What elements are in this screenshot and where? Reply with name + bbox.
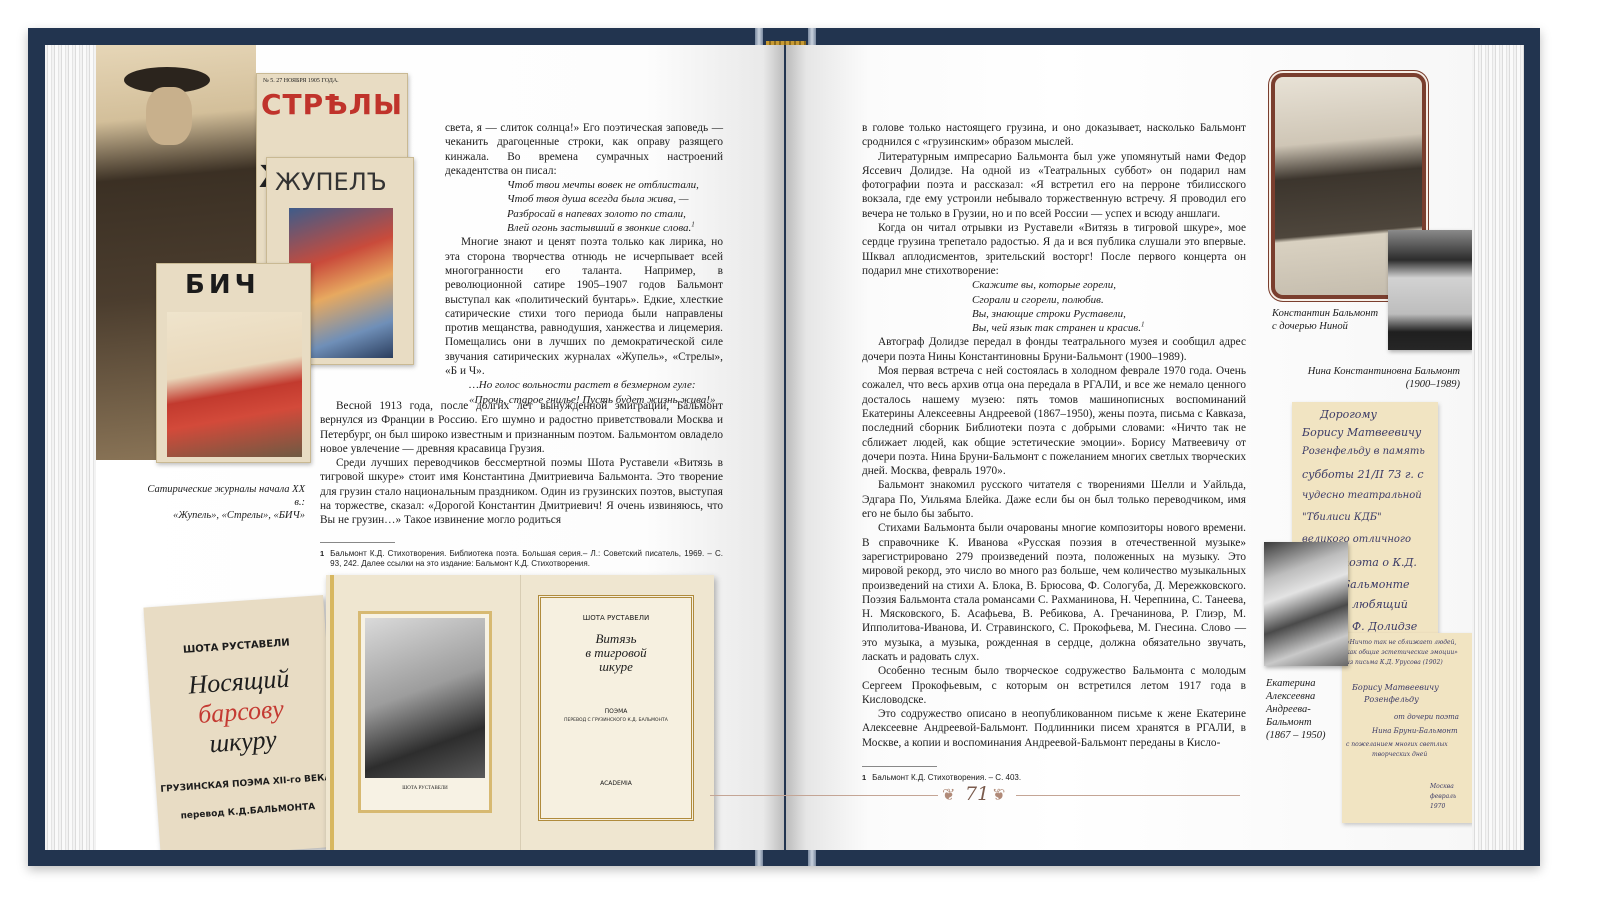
dedication-letter-nina: «Ничто так не сближает людей, как общие … bbox=[1342, 633, 1472, 823]
paragraph: Это содружество описано в неопубликованн… bbox=[862, 707, 1246, 750]
letter-line: Москва bbox=[1430, 783, 1454, 790]
caption-line: Бальмонт bbox=[1266, 716, 1326, 729]
letter-line: творческих дней bbox=[1372, 751, 1427, 758]
letter-line: от дочери поэта bbox=[1394, 713, 1459, 721]
letter-line: как общие эстетические эмоции» bbox=[1346, 649, 1458, 656]
photo-nina-balmont bbox=[1388, 230, 1472, 350]
letter-line: "Тбилиси КДБ" bbox=[1302, 512, 1382, 523]
footnote-number: 1 bbox=[320, 549, 324, 570]
footnote: 1 Бальмонт К.Д. Стихотворения. – С. 403. bbox=[862, 773, 1246, 784]
letter-line: Бальмонте bbox=[1342, 578, 1410, 591]
page-number: 71 bbox=[965, 783, 989, 805]
poem-line: Сгорали и сгорели, полюбив. bbox=[972, 293, 1246, 307]
caption-line: (1900–1989) bbox=[1286, 378, 1460, 391]
page-number-footer: ❦ 71 ❦ bbox=[710, 791, 1240, 801]
book-gutter bbox=[520, 575, 521, 850]
book-title: Носящий барсову шкуру bbox=[148, 661, 334, 763]
poem-line: Чтоб твоя душа всегда была жива, — bbox=[507, 192, 723, 206]
page-edges-left bbox=[45, 45, 97, 850]
book-spine-edge bbox=[330, 575, 334, 850]
caption-line: Екатерина bbox=[1266, 677, 1326, 690]
letter-line: любящий bbox=[1352, 598, 1408, 611]
right-text-column: в голове только настоящего грузина, и он… bbox=[862, 121, 1246, 784]
left-text-lower: Весной 1913 года, после долгих лет вынуж… bbox=[320, 399, 723, 570]
poem-line: …Но голос вольности растет в безмерном г… bbox=[469, 378, 723, 392]
title-page-title: Витязь в тигровой шкуре bbox=[541, 632, 691, 674]
letter-line: Розенфельду bbox=[1364, 695, 1419, 704]
letter-line: Ф. Долидзе bbox=[1352, 620, 1417, 633]
poem-line: Вы, знающие строки Руставели, bbox=[972, 307, 1246, 321]
letter-line: Розенфельду в память bbox=[1302, 446, 1425, 457]
title-page-author: ШОТА РУСТАВЕЛИ bbox=[541, 614, 691, 622]
title-page-publisher: ACADEMIA bbox=[541, 780, 691, 787]
caption-line: Сатирические журналы начала XX в.: bbox=[140, 483, 305, 509]
poem-block-right: Скажите вы, которые горели, Сгорали и сг… bbox=[862, 278, 1246, 335]
paragraph: Моя первая встреча с ней состоялась в хо… bbox=[862, 364, 1246, 478]
paragraph: Среди лучших переводчиков бессмертной по… bbox=[320, 456, 723, 527]
poem-line: Чтоб твои мечты вовек не отблистали, bbox=[507, 178, 723, 192]
footnote-mark: 1 bbox=[691, 220, 695, 228]
rustaveli-portrait bbox=[365, 618, 485, 778]
footnote-text: Бальмонт К.Д. Стихотворения. – С. 403. bbox=[872, 773, 1021, 784]
portrait-caption: ШОТА РУСТАВЕЛИ bbox=[361, 786, 489, 791]
letter-line: 1970 bbox=[1430, 803, 1445, 810]
caption-line: Андреева- bbox=[1266, 703, 1326, 716]
caption-magazines: Сатирические журналы начала XX в.: «Жупе… bbox=[140, 483, 305, 522]
bich-title: БИЧ bbox=[185, 270, 260, 300]
photo-ekaterina-andreeva bbox=[1264, 542, 1348, 666]
paragraph: Литературным импресарио Бальмонта был уж… bbox=[862, 150, 1246, 221]
letter-line: чудесно театральной bbox=[1302, 490, 1422, 501]
footer-rule-left bbox=[710, 795, 938, 796]
paragraph: света, я — слиток солнца!» Его поэтическ… bbox=[445, 121, 723, 178]
letter-line: субботы 21/II 73 г. с bbox=[1302, 468, 1424, 481]
letter-line: «Ничто так не сближает людей, bbox=[1346, 639, 1456, 646]
left-text-upper: света, я — слиток солнца!» Его поэтическ… bbox=[445, 121, 723, 407]
poem-line: Влей огонь застывший в звонкие слова. bbox=[507, 222, 691, 234]
portrait-frame: ШОТА РУСТАВЕЛИ bbox=[358, 611, 492, 813]
bich-illustration bbox=[167, 312, 302, 457]
letter-line: Борису Матвеевичу bbox=[1302, 426, 1421, 439]
title-line: Витязь bbox=[541, 632, 691, 646]
footnote-text: Бальмонт К.Д. Стихотворения. Библиотека … bbox=[330, 549, 723, 570]
paragraph: Бальмонт знакомил русского читателя с тв… bbox=[862, 478, 1246, 521]
poem-line: Разбросай в напевах золото по стали, bbox=[507, 207, 723, 221]
book-author: ШОТА РУСТАВЕЛИ bbox=[146, 635, 326, 659]
footnote-rule bbox=[320, 542, 395, 543]
caption-father-daughter: Константин Бальмонт с дочерью Ниной bbox=[1272, 307, 1378, 333]
zhupel-title: ЖУПЕЛЪ bbox=[275, 168, 387, 196]
footnote-rule bbox=[862, 766, 937, 767]
poem-line: Скажите вы, которые горели, bbox=[972, 278, 1246, 292]
title-line: шкуре bbox=[541, 660, 691, 674]
book-translator: перевод К.Д.БАЛЬМОНТА bbox=[158, 801, 338, 824]
letter-line: поэта о К.Д. bbox=[1342, 556, 1417, 569]
footer-rule-right bbox=[1016, 795, 1240, 796]
title-page-translator: ПЕРЕВОД С ГРУЗИНСКОГО К.Д. БАЛЬМОНТА bbox=[561, 718, 671, 723]
strely-title: СТРѢЛЫ bbox=[261, 88, 403, 121]
paragraph: в голове только настоящего грузина, и он… bbox=[862, 121, 1246, 150]
caption-line: Нина Константиновна Бальмонт bbox=[1286, 365, 1460, 378]
letter-line: с пожеланием многих светлых bbox=[1346, 741, 1448, 748]
caption-ekaterina: Екатерина Алексеевна Андреева- Бальмонт … bbox=[1266, 677, 1326, 742]
letter-line: Нина Бруни-Бальмонт bbox=[1372, 727, 1458, 735]
caption-line: Константин Бальмонт bbox=[1272, 307, 1378, 320]
page-edges-right bbox=[1472, 45, 1524, 850]
poem-block-1: Чтоб твои мечты вовек не отблистали, Что… bbox=[445, 178, 723, 235]
paragraph: Весной 1913 года, после долгих лет вынуж… bbox=[320, 399, 723, 456]
letter-line: из письма К.Д. Урусова (1902) bbox=[1346, 659, 1443, 666]
caption-line: Алексеевна bbox=[1266, 690, 1326, 703]
caption-line: с дочерью Ниной bbox=[1272, 320, 1378, 333]
footnote-mark: 1 bbox=[1141, 321, 1145, 329]
magazine-bich: БИЧ bbox=[156, 263, 311, 463]
caption-line: (1867 – 1950) bbox=[1266, 729, 1326, 742]
open-book-vityaz: ШОТА РУСТАВЕЛИ ШОТА РУСТАВЕЛИ Витязь в т… bbox=[326, 575, 714, 850]
caption-line: «Жупель», «Стрелы», «БИЧ» bbox=[140, 509, 305, 522]
left-page: № 5. 27 НОЯБРЯ 1905 ГОДА. СТРѢЛЫ ЖУПЕЛЪ … bbox=[96, 45, 784, 850]
footnote-number: 1 bbox=[862, 773, 866, 784]
face-shape bbox=[146, 87, 192, 145]
book-subtitle: ГРУЗИНСКАЯ ПОЭМА XII-го ВЕКА bbox=[156, 773, 336, 796]
letter-line: февраль bbox=[1430, 793, 1456, 800]
poem-line: Вы, чей язык так странен и красив. bbox=[972, 322, 1141, 334]
letter-line: Борису Матвеевичу bbox=[1352, 683, 1439, 692]
paragraph: Многие знают и ценят поэта только как ли… bbox=[445, 235, 723, 378]
book-cover-barsovu-shkuru: ШОТА РУСТАВЕЛИ Носящий барсову шкуру ГРУ… bbox=[143, 595, 340, 850]
caption-nina: Нина Константиновна Бальмонт (1900–1989) bbox=[1286, 365, 1460, 391]
right-page: в голове только настоящего грузина, и он… bbox=[786, 45, 1472, 850]
strely-header: № 5. 27 НОЯБРЯ 1905 ГОДА. bbox=[263, 78, 339, 84]
footnote: 1 Бальмонт К.Д. Стихотворения. Библиотек… bbox=[320, 549, 723, 570]
paragraph: Стихами Бальмонта были очарованы многие … bbox=[862, 521, 1246, 664]
paragraph: Особенно тесным было творческое содружес… bbox=[862, 664, 1246, 707]
paragraph: Автограф Долидзе передал в фонды театрал… bbox=[862, 335, 1246, 364]
title-page-frame: ШОТА РУСТАВЕЛИ Витязь в тигровой шкуре П… bbox=[538, 595, 694, 821]
ornament-left-icon: ❦ bbox=[942, 785, 955, 805]
paragraph: Когда он читал отрывки из Руставели «Вит… bbox=[862, 221, 1246, 278]
ornament-right-icon: ❦ bbox=[992, 785, 1005, 805]
title-page-genre: ПОЭМА bbox=[541, 708, 691, 715]
letter-line: Дорогому bbox=[1320, 408, 1377, 421]
title-line: в тигровой bbox=[541, 646, 691, 660]
